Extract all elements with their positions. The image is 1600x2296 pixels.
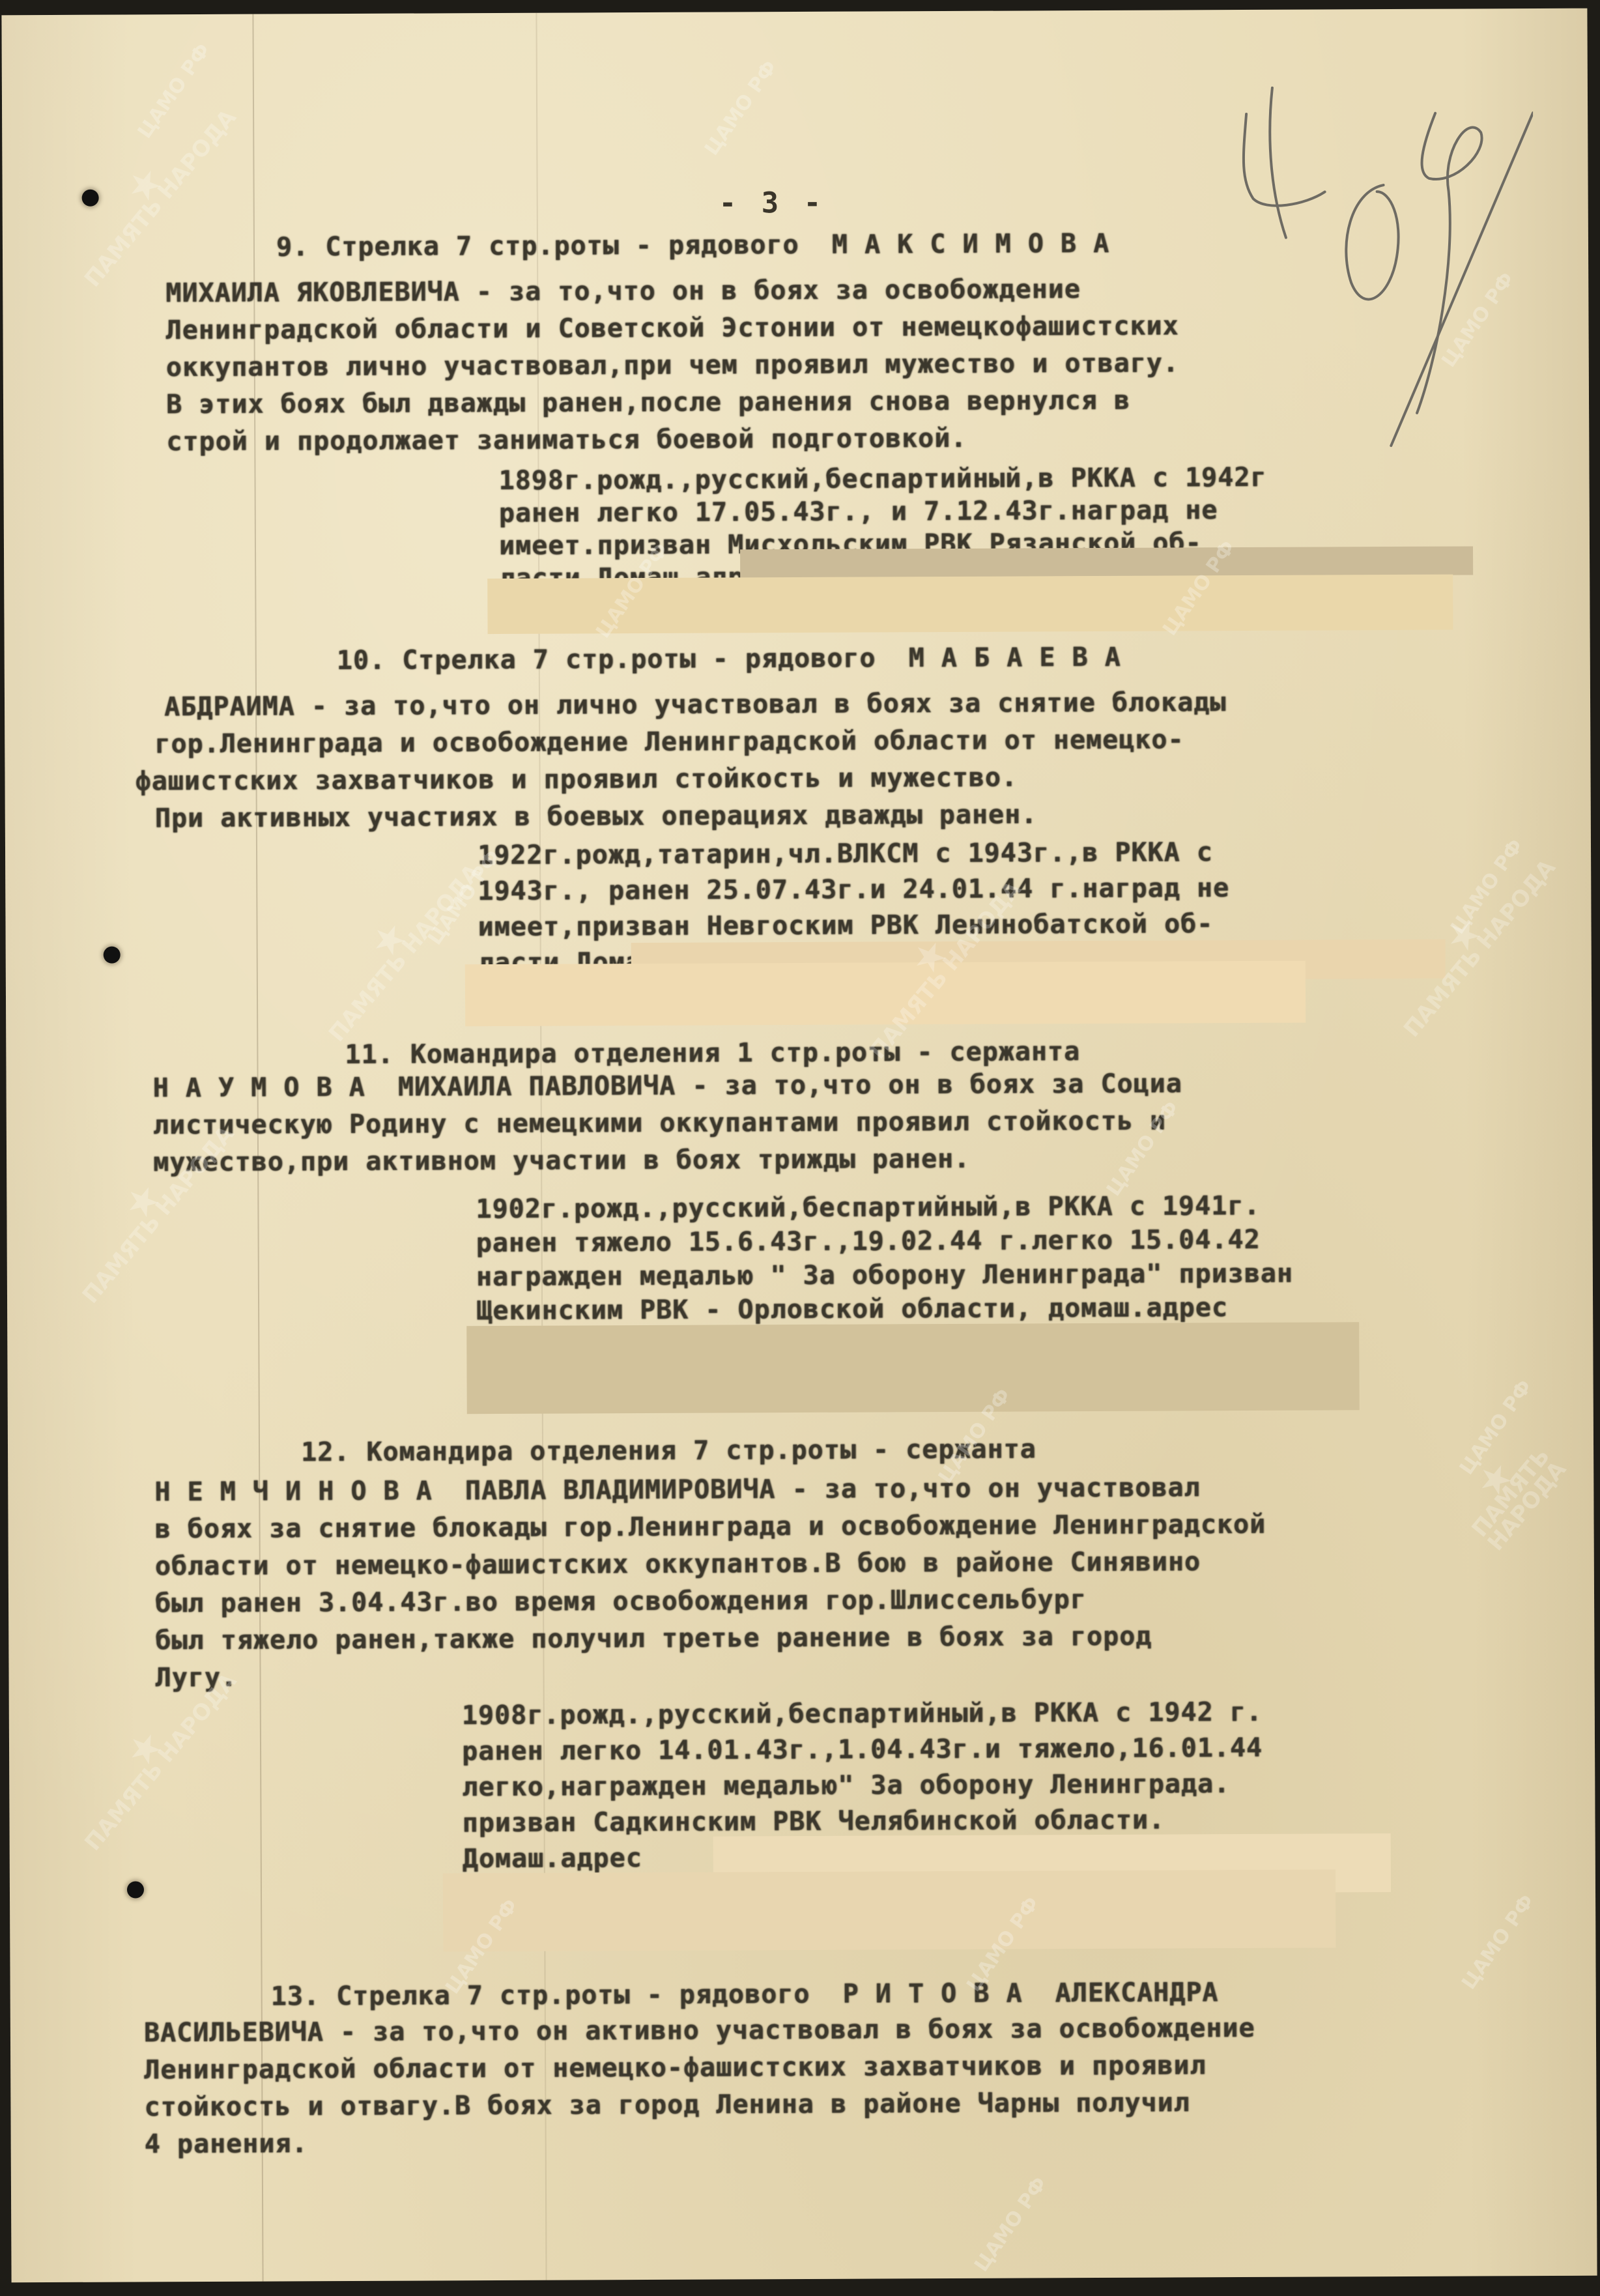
entry-12-line: Н Е М Ч И Н О В А ПАВЛА ВЛАДИМИРОВИЧА - … xyxy=(154,1469,1200,1511)
entry-11-line: листическую Родину с немецкими оккупанта… xyxy=(153,1103,1166,1145)
entry-11-line: Н А У М О В А МИХАИЛА ПАВЛОВИЧА - за то,… xyxy=(152,1065,1182,1107)
redacted-address-block xyxy=(465,961,1306,1027)
punch-hole xyxy=(127,1881,144,1898)
entry-9-line: В этих боях был дважды ранен,после ранен… xyxy=(166,382,1130,423)
entry-13-line: Ленинградской области от немецко-фашистс… xyxy=(144,2047,1207,2089)
entry-9-heading: 9. Стрелка 7 стр.роты - рядового М А К С… xyxy=(276,225,1109,266)
redacted-address-block xyxy=(487,575,1453,634)
entry-9-line: Ленинградской области и Советской Эстони… xyxy=(165,308,1179,349)
document-page: 409 - 3 - 9. Стрелка 7 стр.роты - рядово… xyxy=(1,8,1597,2283)
entry-13-line: ВАСИЛЬЕВИЧА - за то,что он активно участ… xyxy=(144,2010,1255,2052)
entry-10-line: При активных участиях в боевых операциях… xyxy=(155,796,1038,837)
entry-12-heading: 12. Командира отделения 7 стр.роты - сер… xyxy=(301,1431,1036,1471)
entry-12-line: Лугу. xyxy=(155,1659,237,1697)
entry-10-line: гор.Ленинграда и освобождение Ленинградс… xyxy=(154,721,1184,763)
archive-watermark: ЦАМО РФ xyxy=(970,2173,1051,2276)
pencil-annotation-icon xyxy=(1227,48,1535,453)
project-watermark: ★ПАМЯТЬ НАРОДА xyxy=(1434,1409,1588,1577)
archive-watermark: ЦАМО РФ xyxy=(1455,1376,1537,1479)
entry-10-bio: 1943г., ранен 25.07.43г.и 24.01.44 г.наг… xyxy=(478,870,1229,910)
entry-12-line: был ранен 3.04.43г.во время освобождения… xyxy=(155,1581,1087,1622)
redacted-address-block xyxy=(466,1322,1360,1414)
entry-13-line: стойкость и отвагу.В боях за город Ленин… xyxy=(144,2084,1190,2126)
entry-10-line: АБДРАИМА - за то,что он лично участвовал… xyxy=(164,684,1227,726)
archive-watermark: ЦАМО РФ xyxy=(134,39,215,142)
redacted-address-block xyxy=(740,546,1473,578)
entry-13-line: 4 ранения. xyxy=(145,2125,308,2163)
entry-9-line: МИХАИЛА ЯКОВЛЕВИЧА - за то,что он в боях… xyxy=(165,271,1081,312)
entry-12-bio: легко,награжден медалью" За оборону Лени… xyxy=(462,1766,1230,1806)
entry-10-line: фашистских захватчиков и проявил стойкос… xyxy=(135,760,1018,801)
entry-9-line: оккупантов лично участвовал,при чем проя… xyxy=(166,345,1179,386)
entry-13-heading: 13. Стрелка 7 стр.роты - рядового Р И Т … xyxy=(271,1974,1219,2015)
redacted-address-block xyxy=(443,1869,1336,1951)
entry-10-heading: 10. Стрелка 7 стр.роты - рядового М А Б … xyxy=(337,639,1121,680)
archive-watermark: ЦАМО РФ xyxy=(1457,1891,1539,1994)
entry-10-bio: имеет,призван Невгоским РВК Ленинобатско… xyxy=(478,906,1213,946)
archive-watermark: ЦАМО РФ xyxy=(700,57,782,160)
archive-watermark: ЦАМО РФ xyxy=(1446,835,1528,938)
entry-10-bio: 1922г.рожд,татарин,чл.ВЛКСМ с 1943г.,в Р… xyxy=(478,834,1213,874)
punch-hole xyxy=(82,190,99,207)
page-number: - 3 - xyxy=(719,186,825,220)
entry-12-bio: ранен легко 14.01.43г.,1.04.43г.и тяжело… xyxy=(462,1730,1263,1770)
entry-12-line: был тяжело ранен,также получил третье ра… xyxy=(155,1618,1152,1660)
entry-11-line: мужество,при активном участии в боях три… xyxy=(153,1141,970,1181)
punch-hole xyxy=(104,947,121,964)
entry-9-line: строй и продолжает заниматься боевой под… xyxy=(166,420,967,461)
entry-12-line: области от немецко-фашистских оккупантов… xyxy=(155,1543,1201,1585)
entry-12-line: в боях за снятие блокады гор.Ленинграда … xyxy=(154,1506,1266,1548)
entry-12-bio: 1908г.рожд.,русский,беспартийный,в РККА … xyxy=(462,1694,1263,1734)
project-watermark: ★ПАМЯТЬ НАРОДА xyxy=(310,848,484,1045)
